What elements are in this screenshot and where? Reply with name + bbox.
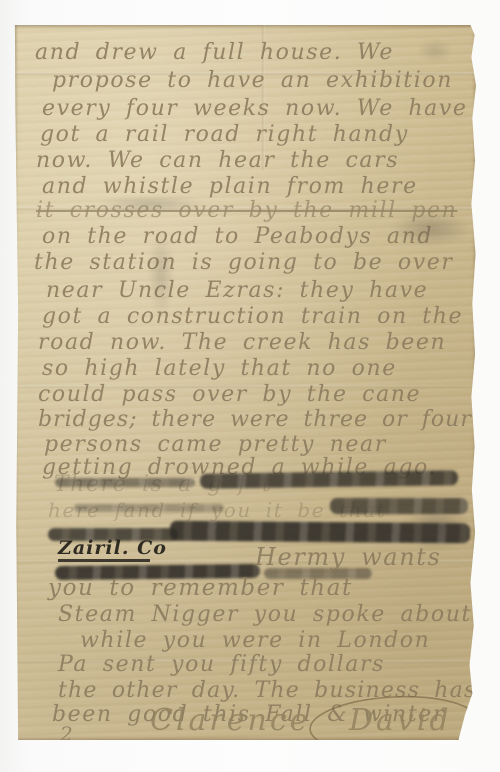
scanned-letter-page: { "colors": { "background": "#fafafa", "…	[0, 0, 500, 772]
letter-line: the station is going to be over	[34, 250, 453, 275]
letter-line: and drew a full house. We	[35, 40, 394, 65]
letter-paper: and drew a full house. We propose to hav…	[14, 25, 476, 740]
letter-line: near Uncle Ezras: they have	[46, 278, 428, 303]
scribble-redaction	[55, 478, 195, 487]
letter-line: persons came pretty near	[44, 432, 387, 457]
letter-line: got a construction train on the	[42, 304, 463, 329]
pencil-smudge	[418, 40, 452, 62]
letter-line: every four weeks now. We have	[42, 96, 468, 121]
signature-first-name: Clarence	[150, 703, 310, 738]
letter-line: got a rail road right handy	[40, 122, 409, 147]
letter-line: bridges; there were three or four	[38, 407, 472, 432]
letter-line: road now. The creek has been	[38, 330, 446, 355]
pencil-smudge	[148, 230, 174, 318]
letter-line: propose to have an exhibition	[52, 68, 453, 93]
letter-line: so high lately that no one	[42, 356, 397, 381]
scribble-redaction	[200, 470, 458, 489]
redaction-annotation: Zairil. Co	[58, 537, 167, 559]
pencil-smudge	[390, 212, 472, 246]
letter-line: now. We can hear the cars	[36, 148, 399, 173]
letter-line: on the road to Peabodys and	[42, 224, 433, 249]
scribble-redaction	[74, 504, 224, 512]
letter-line: and whistle plain from here	[42, 174, 418, 199]
signature-loop-flourish	[302, 687, 480, 759]
letter-line: could pass over by the cane	[38, 382, 421, 407]
pencil-smudge	[95, 196, 207, 211]
letter-line: you to remember that	[48, 575, 353, 601]
letter-line: Pa sent you fifty dollars	[58, 652, 385, 677]
letter-line: while you were in London	[80, 628, 430, 653]
letter-line: Steam Nigger you spoke about	[58, 602, 472, 627]
page-mark: 2	[60, 722, 73, 746]
annotation-underline	[58, 559, 150, 562]
letter-line: Hermy wants	[255, 543, 441, 571]
